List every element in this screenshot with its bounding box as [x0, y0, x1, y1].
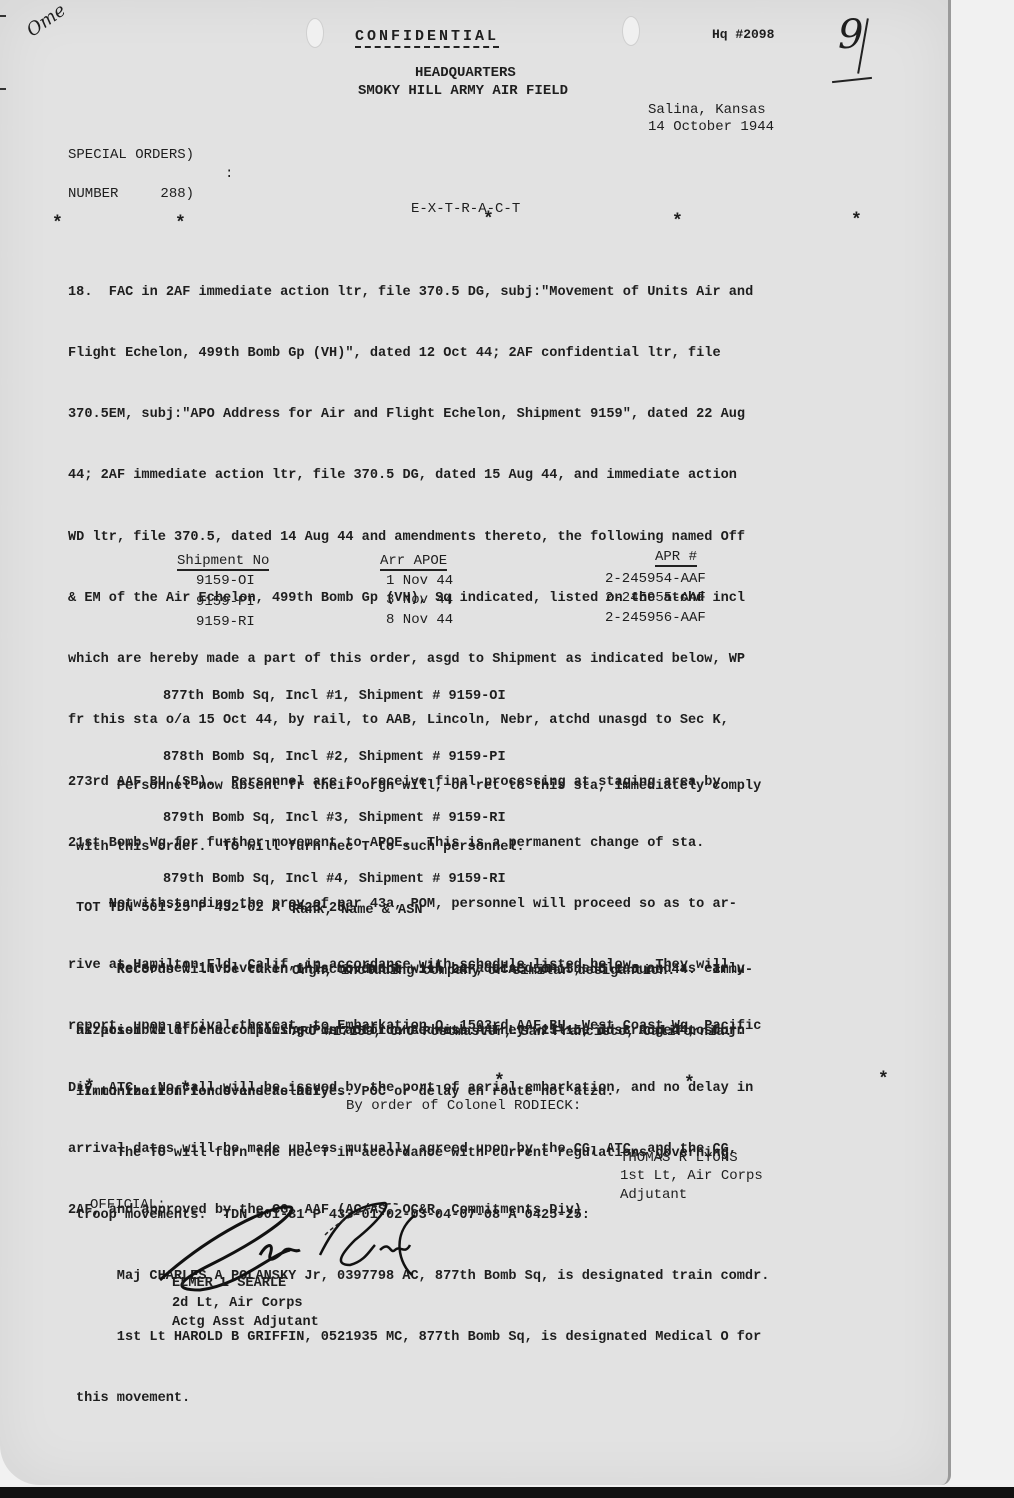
text-line: 370.5EM, subj:"APO Address for Air and F… [68, 405, 761, 425]
squadron-item: 877th Bomb Sq, Incl #1, Shipment # 9159-… [163, 687, 506, 707]
address-line: Rank, Name & ASN [292, 901, 733, 921]
text-line: 44; 2AF immediate action ltr, file 370.5… [68, 466, 761, 486]
separator-star: * [84, 1078, 95, 1098]
org-line-1: HEADQUARTERS [415, 65, 516, 81]
org-line-2: SMOKY HILL ARMY AIR FIELD [358, 83, 568, 99]
text-line: 1st Lt HAROLD B GRIFFIN, 0521935 MC, 877… [76, 1328, 769, 1348]
cell-arr-apoe: 1 Nov 44 [386, 573, 453, 589]
hq-number: Hq #2098 [712, 27, 774, 42]
edge-mark [0, 88, 6, 90]
by-order-line: By order of Colonel RODIECK: [346, 1098, 581, 1114]
order-number: NUMBER 288) [68, 186, 194, 202]
separator-star: * [684, 1074, 695, 1094]
text-line: 18. FAC in 2AF immediate action ltr, fil… [68, 283, 761, 303]
page-number: 9 [838, 12, 863, 58]
date: 14 October 1944 [648, 119, 774, 135]
cell-apr: 2-245954-AAF [605, 571, 706, 587]
adjutant-title: Adjutant [620, 1187, 687, 1203]
special-orders-label: SPECIAL ORDERS) [68, 147, 194, 163]
punch-hole [622, 16, 640, 46]
text-line: with this order. TO will furn nec T to s… [76, 838, 761, 858]
signer-title: Actg Asst Adjutant [172, 1315, 319, 1330]
cell-shipment: 9159-RI [196, 614, 255, 630]
adjutant-rank: 1st Lt, Air Corps [620, 1168, 763, 1184]
separator-star: * [672, 212, 683, 232]
separator-star: * [175, 214, 186, 234]
col-header-shipment: Shipment No [177, 553, 269, 571]
col-header-apr: APR # [655, 549, 697, 567]
signer-name: ELMER L SEARLE [172, 1276, 286, 1291]
cell-shipment: 9159-OI [196, 573, 255, 589]
scan-border [0, 1487, 1014, 1498]
separator-star: * [52, 214, 63, 234]
location: Salina, Kansas [648, 102, 766, 118]
bracket-colon: : [225, 166, 233, 182]
edge-mark [0, 15, 6, 17]
cell-apr: 2-245955-AAF [605, 590, 706, 606]
col-header-arr-apoe: Arr APOE [380, 553, 447, 571]
classification-marking: CONFIDENTIAL [355, 28, 499, 48]
text-line: nization will be accomplished in accorda… [76, 1022, 769, 1042]
text-line: this movement. [76, 1389, 769, 1409]
punch-hole [306, 18, 324, 48]
adjutant-name: THOMAS R LYONS [620, 1150, 738, 1166]
signer-rank: 2d Lt, Air Corps [172, 1296, 303, 1311]
handwritten-mark: Ome [23, 0, 70, 41]
cell-arr-apoe: 3 Nov 44 [386, 592, 453, 608]
document-page: Ome CONFIDENTIAL Hq #2098 9 HEADQUARTERS… [0, 0, 951, 1485]
cell-apr: 2-245956-AAF [605, 610, 706, 626]
separator-star: * [483, 210, 494, 230]
cell-shipment: 9159-PI [196, 594, 255, 610]
text-line: Personnel now absent fr their orgn will,… [76, 777, 761, 797]
separator-star: * [494, 1072, 505, 1092]
text-line: Records will be taken in accordance with… [76, 961, 769, 981]
separator-star: * [851, 211, 862, 231]
extract-title: E-X-T-R-A-C-T [411, 201, 520, 217]
cell-arr-apoe: 8 Nov 44 [386, 612, 453, 628]
text-line: WD ltr, file 370.5, dated 14 Aug 44 and … [68, 528, 761, 548]
text-line: Flight Echelon, 499th Bomb Gp (VH)", dat… [68, 344, 761, 364]
separator-star: * [180, 1080, 191, 1100]
paragraph-final: Records will be taken in accordance with… [76, 920, 769, 1451]
separator-star: * [878, 1070, 889, 1090]
page-number-underline [832, 77, 872, 83]
